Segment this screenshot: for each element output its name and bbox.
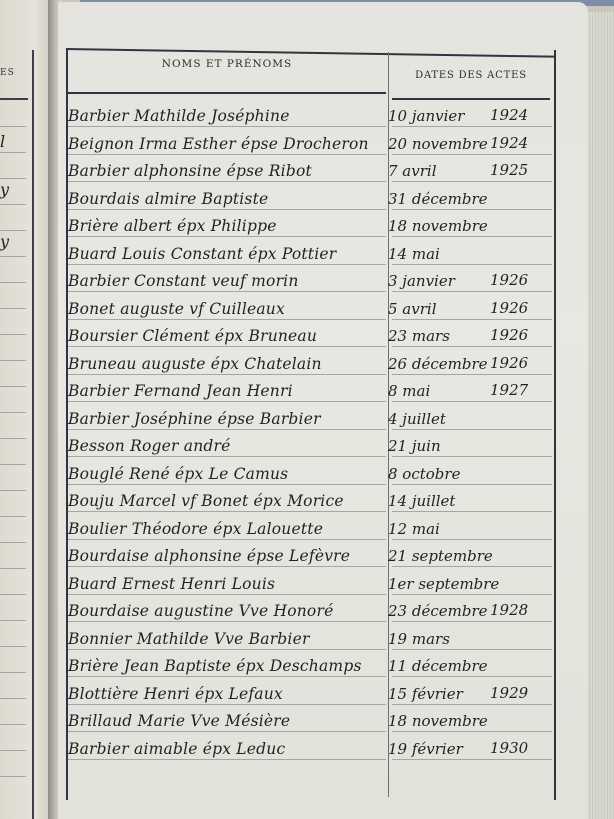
entry-date-year: 1929 bbox=[490, 684, 528, 702]
entry-name: Brière albert épx Philippe bbox=[68, 217, 277, 235]
entry-name: Bouju Marcel vf Bonet épx Morice bbox=[68, 492, 344, 510]
entry-date-day: 19 mars bbox=[388, 630, 450, 648]
entry-date-year: 1926 bbox=[490, 354, 528, 372]
entry-name: Boulier Théodore épx Lalouette bbox=[68, 520, 323, 538]
entry-name: Bonet auguste vf Cuilleaux bbox=[68, 300, 285, 318]
entry-name: Bouglé René épx Le Camus bbox=[68, 465, 288, 483]
entry-date-day: 1er septembre bbox=[388, 575, 499, 593]
entry-date-day: 19 février bbox=[388, 740, 463, 758]
register-row: Boulier Théodore épx Lalouette 12 mai bbox=[60, 513, 554, 540]
entry-name: Buard Ernest Henri Louis bbox=[68, 575, 275, 593]
entry-name: Blottière Henri épx Lefaux bbox=[68, 685, 283, 703]
entry-name: Barbier Fernand Jean Henri bbox=[68, 382, 293, 400]
entry-date-day: 18 novembre bbox=[388, 217, 488, 235]
register-row: Bourdais almire Baptiste 31 décembre bbox=[60, 183, 554, 210]
entry-date-year: 1928 bbox=[490, 601, 528, 619]
register-row: Bouju Marcel vf Bonet épx Morice 14 juil… bbox=[60, 485, 554, 512]
entry-name: Besson Roger andré bbox=[68, 437, 230, 455]
register-row: Barbier aimable épx Leduc 19 février 193… bbox=[60, 733, 554, 760]
register-row: Buard Ernest Henri Louis 1er septembre bbox=[60, 568, 554, 595]
register-row: Barbier Fernand Jean Henri 8 mai 1927 bbox=[60, 375, 554, 402]
entry-date-day: 18 novembre bbox=[388, 712, 488, 730]
entry-date-day: 23 décembre bbox=[388, 602, 488, 620]
register-row: Barbier Mathilde Joséphine 10 janvier 19… bbox=[60, 100, 554, 127]
entry-date-year: 1926 bbox=[490, 271, 528, 289]
entry-date-day: 5 avril bbox=[388, 300, 437, 318]
entry-name: Barbier alphonsine épse Ribot bbox=[68, 162, 312, 180]
register-row: Bonet auguste vf Cuilleaux 5 avril 1926 bbox=[60, 293, 554, 320]
entry-name: Barbier Constant veuf morin bbox=[68, 272, 299, 290]
register-row: Barbier alphonsine épse Ribot 7 avril 19… bbox=[60, 155, 554, 182]
entry-name: Bruneau auguste épx Chatelain bbox=[68, 355, 322, 373]
entry-name: Bourdais almire Baptiste bbox=[68, 190, 268, 208]
register-row: Barbier Joséphine épse Barbier 4 juillet bbox=[60, 403, 554, 430]
entry-date-day: 7 avril bbox=[388, 162, 437, 180]
entry-name: Bourdaise augustine Vve Honoré bbox=[68, 602, 333, 620]
entry-date-year: 1925 bbox=[490, 161, 528, 179]
register-row: Boursier Clément épx Bruneau 23 mars 192… bbox=[60, 320, 554, 347]
register-row: Barbier Constant veuf morin 3 janvier 19… bbox=[60, 265, 554, 292]
entry-name: Bonnier Mathilde Vve Barbier bbox=[68, 630, 310, 648]
entry-date-day: 31 décembre bbox=[388, 190, 488, 208]
entry-date-day: 14 juillet bbox=[388, 492, 455, 510]
entry-date-year: 1924 bbox=[490, 106, 528, 124]
register-row: Brillaud Marie Vve Mésière 18 novembre bbox=[60, 705, 554, 732]
entry-name: Beignon Irma Esther épse Drocheron bbox=[68, 135, 369, 153]
register-row: Bourdaise augustine Vve Honoré 23 décemb… bbox=[60, 595, 554, 622]
entry-date-year: 1924 bbox=[490, 134, 528, 152]
entry-date-day: 14 mai bbox=[388, 245, 440, 263]
row-rule bbox=[392, 759, 552, 760]
register-row: Brière Jean Baptiste épx Deschamps 11 dé… bbox=[60, 650, 554, 677]
entry-date-day: 12 mai bbox=[388, 520, 440, 538]
entry-date-day: 21 septembre bbox=[388, 547, 493, 565]
entry-date-day: 21 juin bbox=[388, 437, 441, 455]
entry-date-year: 1930 bbox=[490, 739, 528, 757]
entry-date-day: 8 octobre bbox=[388, 465, 460, 483]
entry-name: Brière Jean Baptiste épx Deschamps bbox=[68, 657, 362, 675]
entry-date-year: 1927 bbox=[490, 381, 528, 399]
entry-date-day: 23 mars bbox=[388, 327, 450, 345]
entry-date-day: 8 mai bbox=[388, 382, 430, 400]
register-row: Beignon Irma Esther épse Drocheron 20 no… bbox=[60, 128, 554, 155]
register-row: Bouglé René épx Le Camus 8 octobre bbox=[60, 458, 554, 485]
entry-name: Barbier Joséphine épse Barbier bbox=[68, 410, 321, 428]
entry-date-day: 11 décembre bbox=[388, 657, 488, 675]
entry-date-day: 10 janvier bbox=[388, 107, 464, 125]
entry-date-day: 4 juillet bbox=[388, 410, 446, 428]
register-row: Besson Roger andré 21 juin bbox=[60, 430, 554, 457]
entry-name: Boursier Clément épx Bruneau bbox=[68, 327, 317, 345]
register-row: Bourdaise alphonsine épse Lefèvre 21 sep… bbox=[60, 540, 554, 567]
entry-date-year: 1926 bbox=[490, 326, 528, 344]
register-row: Blottière Henri épx Lefaux 15 février 19… bbox=[60, 678, 554, 705]
entry-name: Bourdaise alphonsine épse Lefèvre bbox=[68, 547, 350, 565]
entry-date-day: 3 janvier bbox=[388, 272, 455, 290]
entry-name: Barbier aimable épx Leduc bbox=[68, 740, 285, 758]
entry-date-day: 15 février bbox=[388, 685, 463, 703]
register-row: Buard Louis Constant épx Pottier 14 mai bbox=[60, 238, 554, 265]
entry-name: Barbier Mathilde Joséphine bbox=[68, 107, 290, 125]
register-row: Bruneau auguste épx Chatelain 26 décembr… bbox=[60, 348, 554, 375]
entry-date-year: 1926 bbox=[490, 299, 528, 317]
entry-date-day: 20 novembre bbox=[388, 135, 488, 153]
entry-date-day: 26 décembre bbox=[388, 355, 488, 373]
register-row: Bonnier Mathilde Vve Barbier 19 mars bbox=[60, 623, 554, 650]
row-rule bbox=[68, 759, 386, 760]
entry-name: Brillaud Marie Vve Mésière bbox=[68, 712, 290, 730]
register-row: Brière albert épx Philippe 18 novembre bbox=[60, 210, 554, 237]
register-entries: Barbier Mathilde Joséphine 10 janvier 19… bbox=[0, 0, 614, 819]
entry-name: Buard Louis Constant épx Pottier bbox=[68, 245, 336, 263]
